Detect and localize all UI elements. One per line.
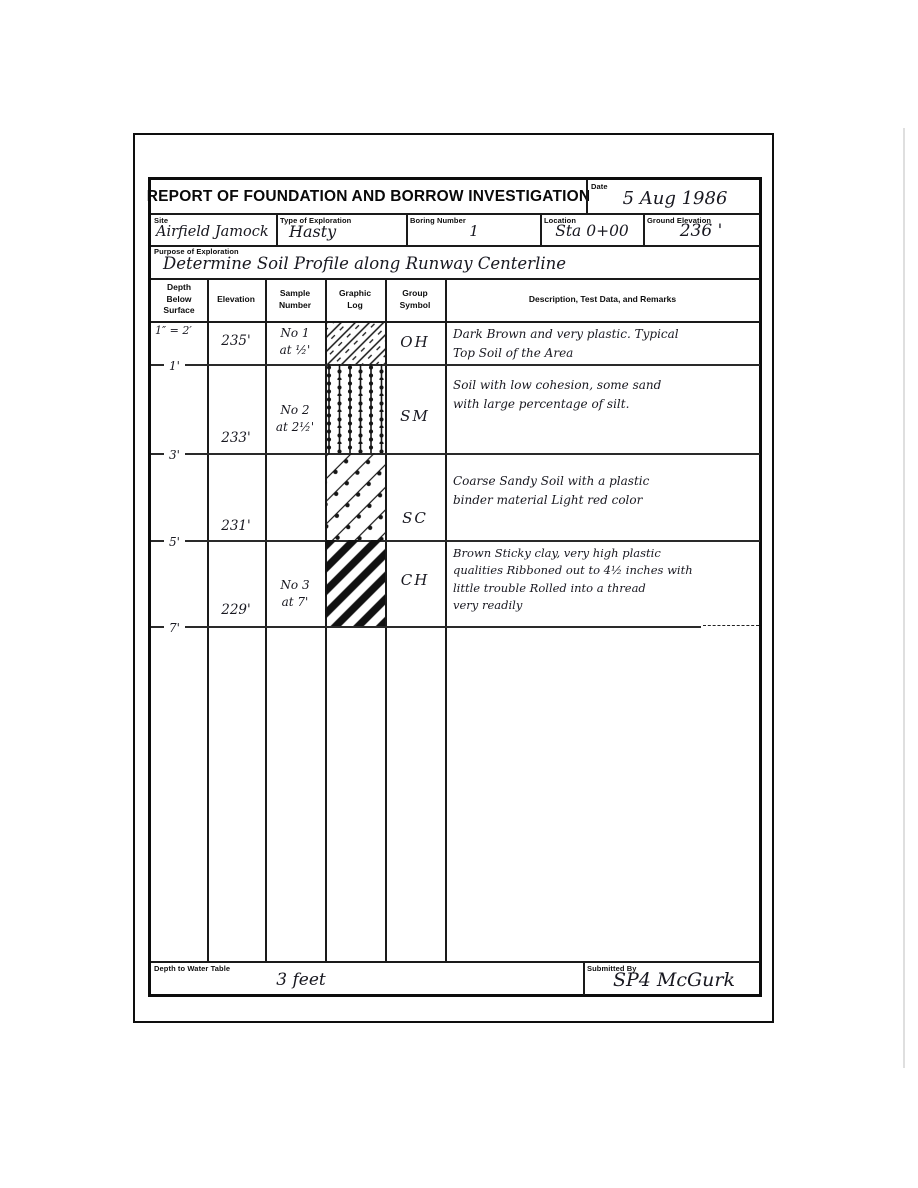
header-group-symbol: Group Symbol (385, 278, 445, 321)
row-line-1ft (151, 364, 760, 366)
elevation-value: 229' (207, 602, 265, 618)
column-line (385, 278, 387, 961)
depth-tick-3ft: 3' (164, 453, 185, 471)
depth-tick-1ft: 1' (164, 364, 185, 382)
graphic-log-ch-bold-diagonal-stripes (325, 540, 385, 626)
divider (276, 213, 278, 245)
description-text: Coarse Sandy Soil with a plastic binder … (453, 472, 757, 509)
group-symbol: SC (385, 508, 445, 528)
group-symbol: CH (385, 570, 445, 590)
sample-number: No 3 at 7' (265, 576, 325, 612)
group-symbol: SM (385, 406, 445, 426)
boring-number-value: 1 (410, 222, 538, 240)
depth-to-water-table-value: 3 feet (211, 968, 391, 992)
graphic-log-sm-dotted-vertical-lines (325, 364, 385, 453)
row-line-3ft (151, 453, 760, 455)
type-of-exploration-value: Hasty (289, 222, 336, 241)
scan-edge-artifact (903, 128, 905, 1068)
row-line-7ft-dashed-end (703, 625, 759, 626)
depth-tick-5ft: 5' (164, 540, 185, 558)
sample-number: No 2 at 2½' (265, 401, 325, 437)
divider (583, 961, 585, 995)
column-line (265, 278, 267, 961)
scanned-document-page: REPORT OF FOUNDATION AND BORROW INVESTIG… (0, 0, 918, 1188)
boring-log-form: REPORT OF FOUNDATION AND BORROW INVESTIG… (148, 177, 762, 997)
graphic-log-oh-diagonal-dash-hatch (325, 321, 385, 364)
column-line (445, 278, 447, 961)
row-line-7ft (151, 626, 701, 628)
sample-number: No 1 at ½' (265, 325, 325, 359)
submitted-by-value: SP4 McGurk (591, 966, 757, 994)
header-description: Description, Test Data, and Remarks (445, 278, 760, 321)
form-title: REPORT OF FOUNDATION AND BORROW INVESTIG… (151, 180, 586, 213)
elevation-value: 231' (207, 518, 265, 534)
row-line-5ft (151, 540, 760, 542)
depth-scale-note: 1″ = 2′ (155, 324, 192, 337)
description-text: Brown Sticky clay, very high plastic qua… (453, 545, 757, 614)
graphic-log-sc-diagonal-dotted-hatch (325, 453, 385, 540)
rule (151, 961, 760, 963)
site-value: Airfield Jamock (156, 224, 274, 240)
divider (586, 180, 588, 213)
group-symbol: OH (385, 332, 445, 352)
rule (151, 213, 760, 215)
header-sample-number: Sample Number (265, 278, 325, 321)
description-text: Soil with low cohesion, some sand with l… (453, 376, 757, 413)
column-line (207, 278, 209, 961)
depth-tick-7ft: 7' (164, 626, 185, 644)
elevation-value: 235' (207, 333, 265, 349)
header-elevation: Elevation (207, 278, 265, 321)
purpose-value: Determine Soil Profile along Runway Cent… (163, 254, 723, 273)
elevation-value: 233' (207, 430, 265, 446)
ground-elevation-value: 236 ' (645, 221, 757, 241)
rule (151, 321, 760, 323)
description-text: Dark Brown and very plastic. Typical Top… (453, 325, 757, 362)
header-depth-below-surface: Depth Below Surface (151, 278, 207, 321)
rule (151, 245, 760, 247)
header-graphic-log: Graphic Log (325, 278, 385, 321)
divider (406, 213, 408, 245)
date-value: 5 Aug 1986 (591, 184, 759, 212)
location-value: Sta 0+00 (542, 222, 642, 240)
